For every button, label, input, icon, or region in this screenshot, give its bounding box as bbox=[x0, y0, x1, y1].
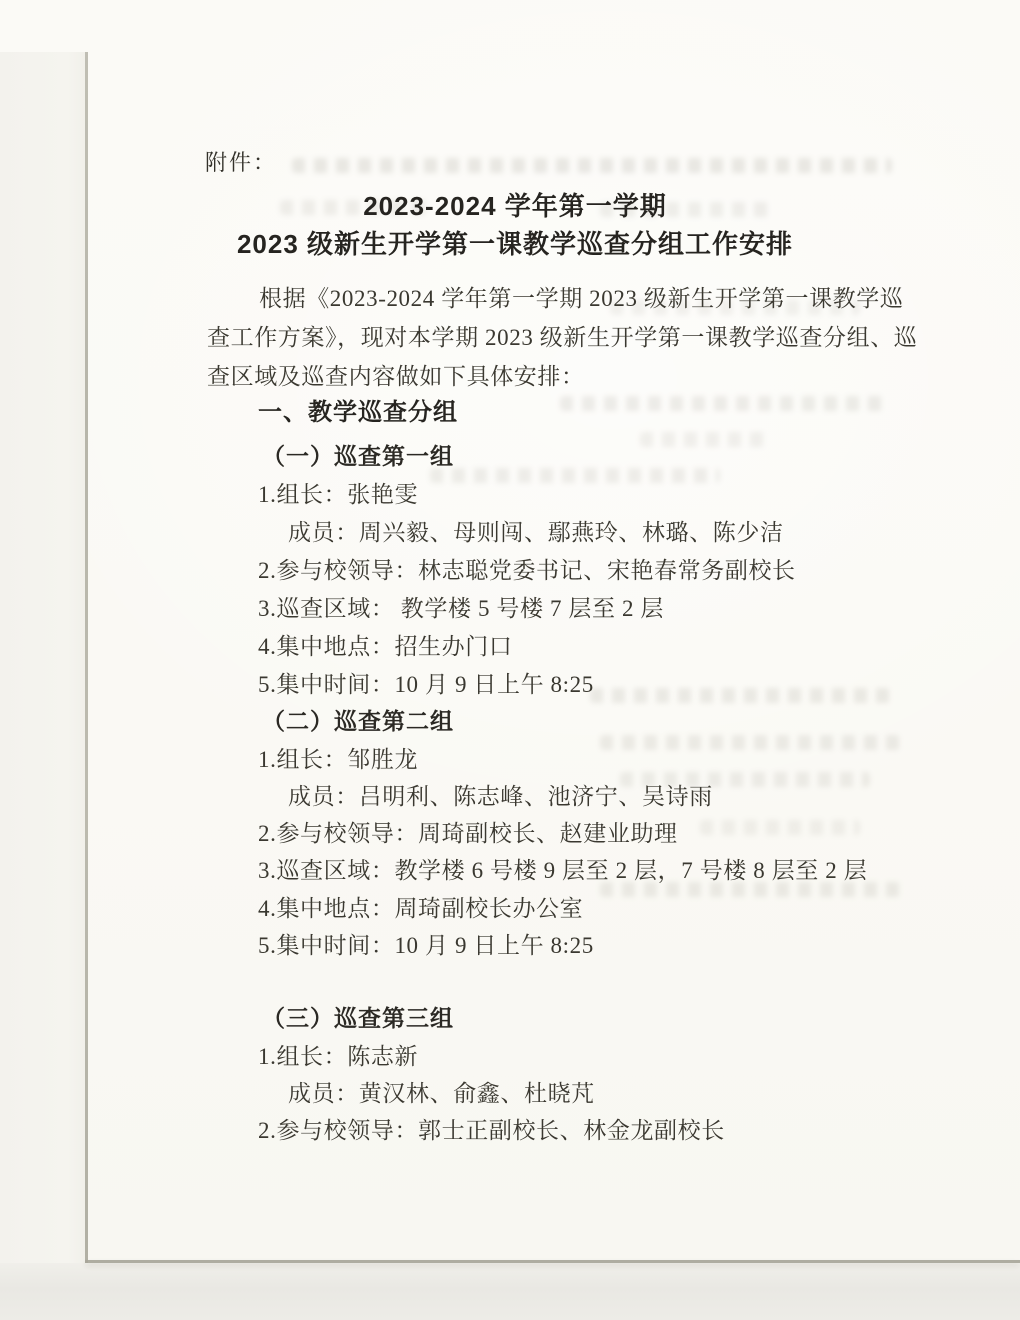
group-1-heading: （一）巡查第一组 bbox=[262, 442, 454, 472]
group-2-school-leaders: 2.参与校领导：周琦副校长、赵建业助理 bbox=[258, 819, 678, 849]
scanned-paper: 附件： 2023-2024 学年第一学期 2023 级新生开学第一课教学巡查分组… bbox=[0, 0, 1020, 1263]
group-2-place: 4.集中地点：周琦副校长办公室 bbox=[258, 894, 583, 924]
scan-background-bottom bbox=[0, 1263, 1020, 1320]
bleed-through-artifact bbox=[640, 432, 770, 447]
group-1-area: 3.巡查区域： 教学楼 5 号楼 7 层至 2 层 bbox=[258, 594, 664, 624]
group-3-school-leaders: 2.参与校领导：郭士正副校长、林金龙副校长 bbox=[258, 1116, 725, 1146]
group-2-time: 5.集中时间：10 月 9 日上午 8:25 bbox=[258, 931, 594, 961]
group-1-school-leaders: 2.参与校领导：林志聪党委书记、宋艳春常务副校长 bbox=[258, 556, 796, 586]
intro-line: 查工作方案》，现对本学期 2023 级新生开学第一课教学巡查分组、巡 bbox=[207, 323, 917, 353]
bleed-through-artifact bbox=[600, 735, 900, 750]
group-2-heading: （二）巡查第二组 bbox=[262, 707, 454, 737]
group-2-members: 成员：吕明利、陈志峰、池济宁、吴诗雨 bbox=[288, 782, 713, 812]
bleed-through-artifact bbox=[700, 820, 860, 835]
intro-line: 根据《2023-2024 学年第一学期 2023 级新生开学第一课教学巡 bbox=[259, 284, 904, 314]
group-1-leader: 1.组长：张艳雯 bbox=[258, 480, 418, 510]
group-1-place: 4.集中地点：招生办门口 bbox=[258, 632, 512, 662]
group-1-members: 成员：周兴毅、母则闯、鄢燕玲、林璐、陈少洁 bbox=[288, 518, 784, 548]
bleed-through-artifact bbox=[430, 468, 720, 483]
bleed-through-artifact bbox=[590, 688, 890, 703]
group-3-heading: （三）巡查第三组 bbox=[262, 1004, 454, 1034]
group-3-members: 成员：黄汉林、俞鑫、杜晓芃 bbox=[288, 1079, 595, 1109]
section-heading: 一、教学巡查分组 bbox=[258, 398, 458, 428]
group-2-area: 3.巡查区域：教学楼 6 号楼 9 层至 2 层，7 号楼 8 层至 2 层 bbox=[258, 856, 867, 886]
bleed-through-artifact bbox=[560, 396, 890, 411]
attachment-label: 附件： bbox=[205, 148, 277, 178]
bleed-through-artifact bbox=[292, 158, 892, 173]
group-2-leader: 1.组长：邹胜龙 bbox=[258, 745, 418, 775]
paper-edge-bottom bbox=[85, 1260, 1020, 1263]
scan-background-left bbox=[0, 52, 85, 1263]
intro-line: 查区域及巡查内容做如下具体安排： bbox=[207, 362, 585, 392]
doc-title-line2: 2023 级新生开学第一课教学巡查分组工作安排 bbox=[205, 228, 825, 260]
group-3-leader: 1.组长：陈志新 bbox=[258, 1042, 418, 1072]
paper-edge-left bbox=[85, 52, 88, 1263]
doc-title-line1: 2023-2024 学年第一学期 bbox=[205, 190, 825, 222]
group-1-time: 5.集中时间：10 月 9 日上午 8:25 bbox=[258, 670, 594, 700]
